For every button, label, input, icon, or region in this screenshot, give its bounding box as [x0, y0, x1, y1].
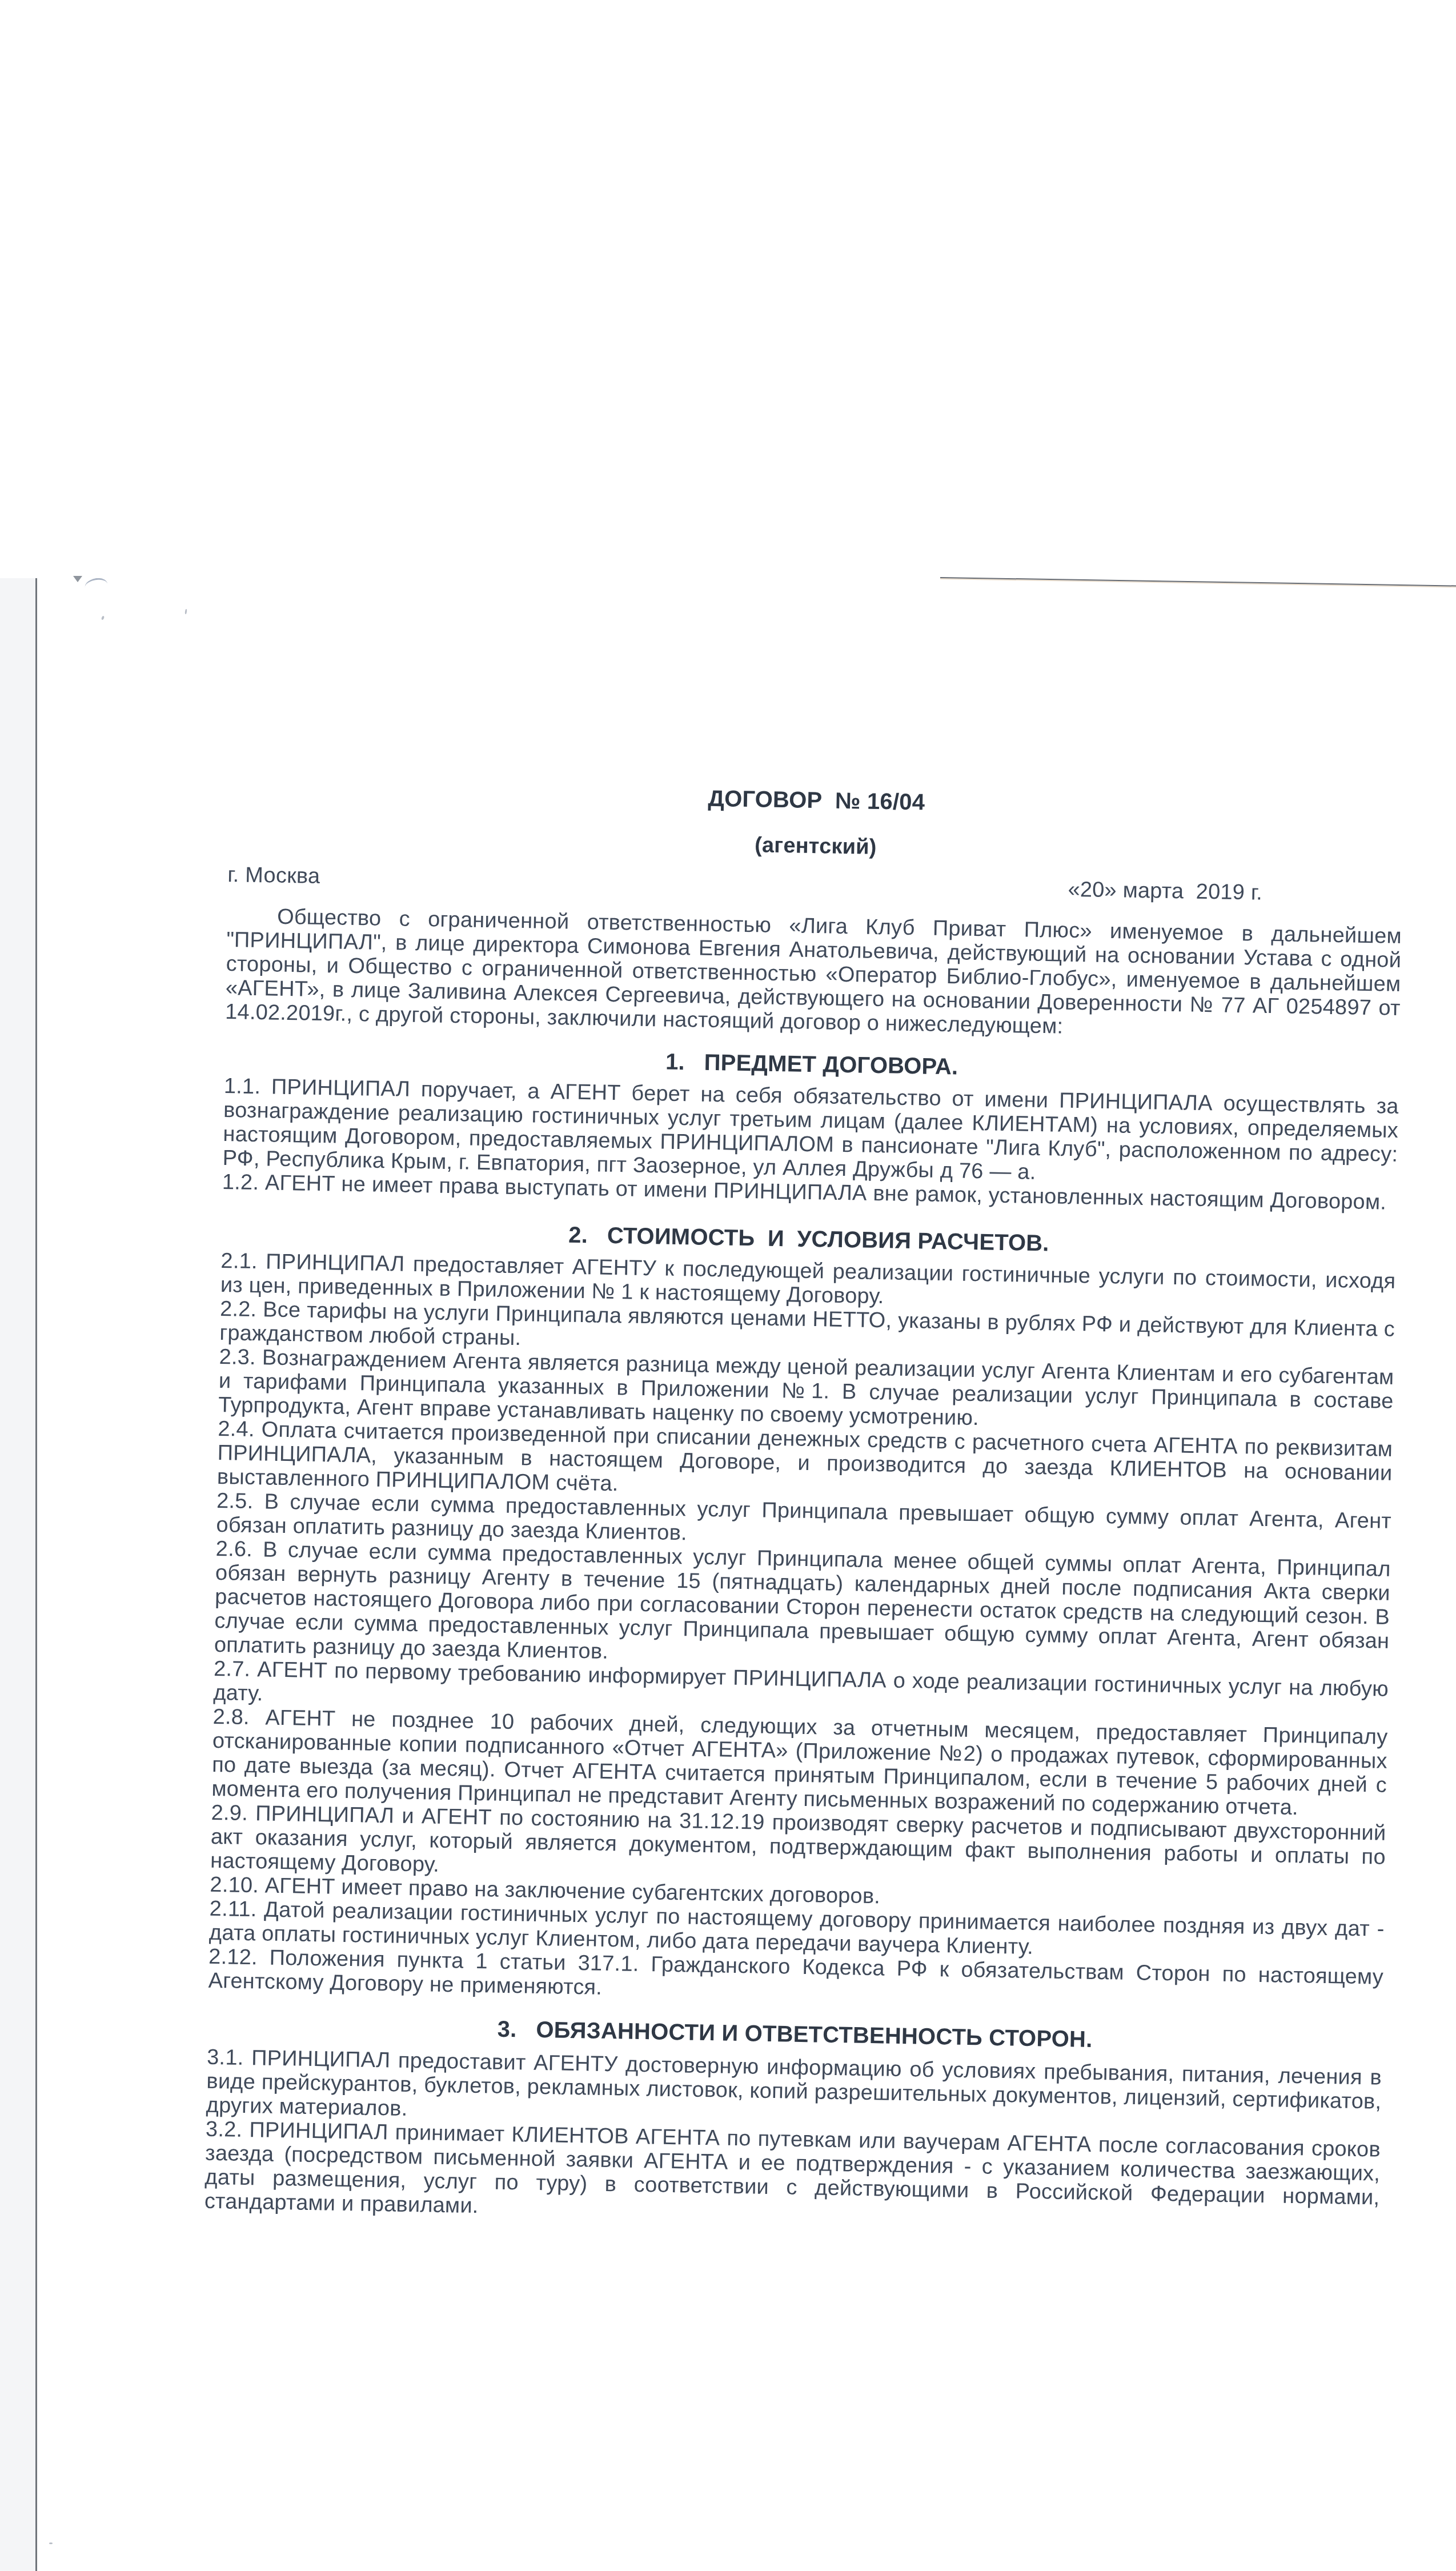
clause-3-2: 3.2. ПРИНЦИПАЛ принимает КЛИЕНТОВ АГЕНТА…	[204, 2117, 1381, 2234]
scanner-edge-strip	[0, 578, 37, 2571]
scan-artifact-triangle	[73, 576, 82, 582]
scan-artifact-swoosh	[85, 578, 108, 588]
scan-speck	[101, 616, 105, 620]
scan-speck	[184, 609, 187, 614]
document-title: ДОГОВОР № 16/04	[229, 777, 1404, 824]
city-label: г. Москва	[227, 863, 320, 888]
clause-2-6: 2.6. В случае если сумма предоставленных…	[214, 1537, 1390, 1677]
date-label: «20» марта 2019 г.	[1068, 878, 1262, 905]
preamble-paragraph: Общество с ограниченной ответственностью…	[225, 904, 1402, 1044]
document-content: ДОГОВОР № 16/04 (агентский) г. Москва «2…	[204, 578, 1407, 2233]
page-top-edge-line	[940, 577, 1456, 587]
city-date-row: г. Москва «20» марта 2019 г.	[227, 863, 1402, 907]
scan-speck	[49, 2542, 53, 2544]
document-subtitle: (агентский)	[228, 824, 1403, 868]
